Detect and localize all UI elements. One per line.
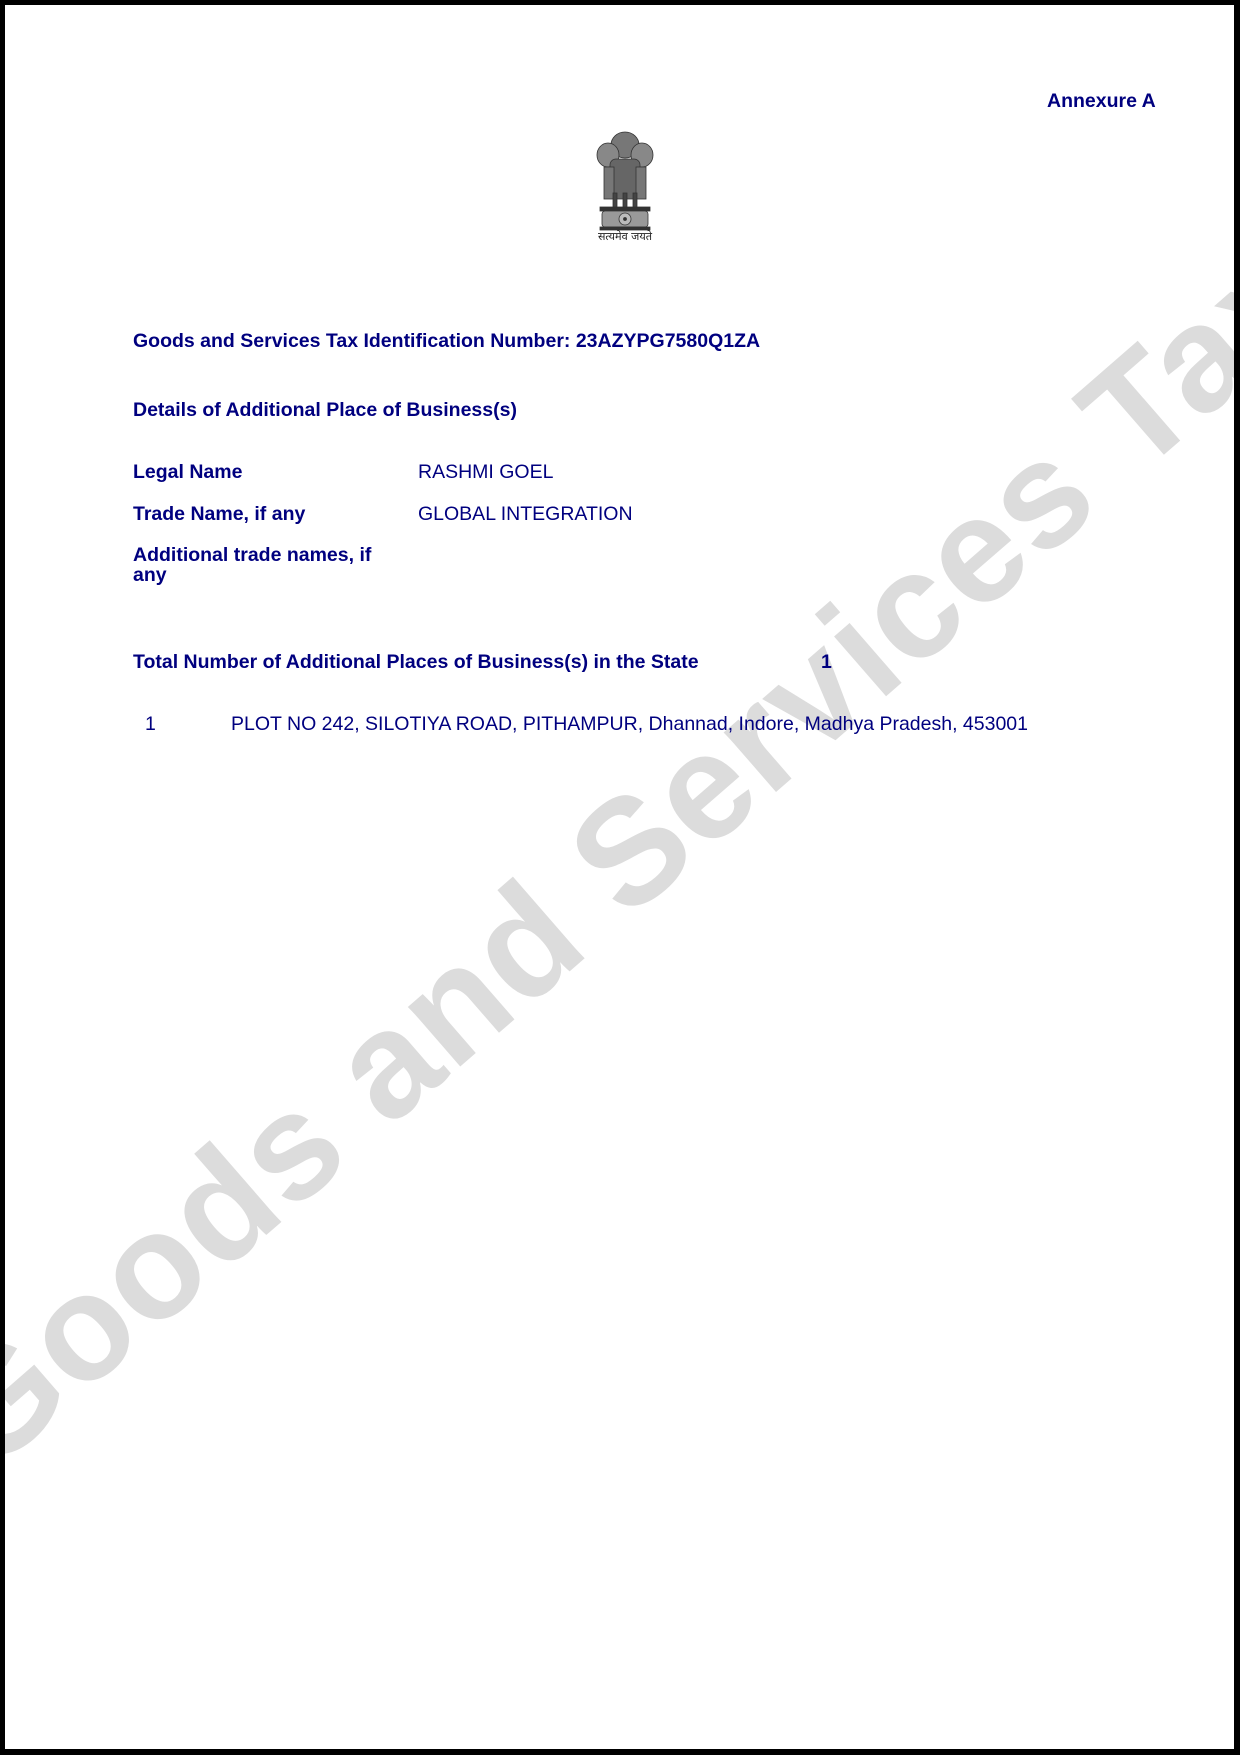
additional-trade-names-label: Additional trade names, if any [133,545,371,585]
annexure-label: Annexure A [1047,90,1156,113]
trade-name-value: GLOBAL INTEGRATION [418,503,633,526]
total-places-label: Total Number of Additional Places of Bus… [133,651,699,674]
trade-name-label: Trade Name, if any [133,503,305,526]
place-index: 1 [145,713,156,736]
gstin-line: Goods and Services Tax Identification Nu… [133,330,760,353]
legal-name-value: RASHMI GOEL [418,461,553,484]
place-address: PLOT NO 242, SILOTIYA ROAD, PITHAMPUR, D… [231,713,1028,736]
gstin-label: Goods and Services Tax Identification Nu… [133,330,570,352]
total-places-value: 1 [821,651,832,674]
additional-trade-names-label-line2: any [133,565,371,585]
document-page: Goods and Services Tax Annexure A सत् [5,5,1234,1749]
section-title: Details of Additional Place of Business(… [133,399,517,422]
additional-trade-names-label-line1: Additional trade names, if [133,545,371,565]
national-emblem-icon [580,123,670,245]
gstin-value: 23AZYPG7580Q1ZA [576,330,760,352]
legal-name-label: Legal Name [133,461,242,484]
emblem-motto: सत्यमेव जयते [585,229,665,244]
